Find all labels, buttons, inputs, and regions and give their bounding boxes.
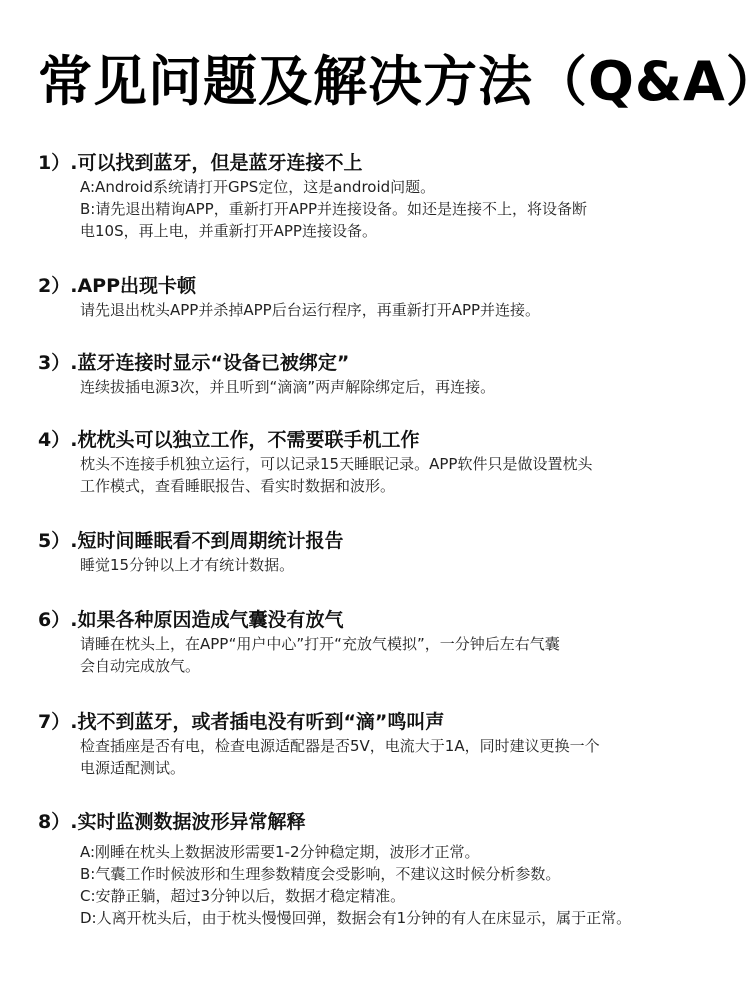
faq-question: 8）.实时监测数据波形异常解释: [38, 809, 738, 835]
faq-question: 3）.蓝牙连接时显示“设备已被绑定”: [38, 350, 738, 376]
faq-item-7: 7）.找不到蓝牙，或者插电没有听到“滴”鸣叫声 检查插座是否有电，检查电源适配器…: [38, 709, 738, 779]
answer-line: 请先退出枕头APP并杀掉APP后台运行程序，再重新打开APP并连接。: [80, 299, 738, 321]
faq-question: 6）.如果各种原因造成气囊没有放气: [38, 607, 738, 633]
faq-answer: 连续拔插电源3次，并且听到“滴滴”两声解除绑定后，再连接。: [80, 376, 738, 398]
answer-line: 枕头不连接手机独立运行，可以记录15天睡眠记录。APP软件只是做设置枕头: [80, 453, 738, 475]
answer-line: C:安静正躺，超过3分钟以后，数据才稳定精准。: [80, 885, 738, 907]
answer-line: 工作模式，查看睡眠报告、看实时数据和波形。: [80, 475, 738, 497]
answer-line: 会自动完成放气。: [80, 655, 738, 677]
faq-answer: A:刚睡在枕头上数据波形需要1-2分钟稳定期，波形才正常。 B:气囊工作时候波形…: [80, 841, 738, 929]
faq-item-5: 5）.短时间睡眠看不到周期统计报告 睡觉15分钟以上才有统计数据。: [38, 528, 738, 576]
faq-answer: 检查插座是否有电，检查电源适配器是否5V，电流大于1A，同时建议更换一个 电源适…: [80, 735, 738, 779]
faq-item-4: 4）.枕枕头可以独立工作，不需要联手机工作 枕头不连接手机独立运行，可以记录15…: [38, 427, 738, 497]
answer-line: 连续拔插电源3次，并且听到“滴滴”两声解除绑定后，再连接。: [80, 376, 738, 398]
answer-line: 请睡在枕头上，在APP“用户中心”打开“充放气模拟”，一分钟后左右气囊: [80, 633, 738, 655]
answer-line: A:刚睡在枕头上数据波形需要1-2分钟稳定期，波形才正常。: [80, 841, 738, 863]
faq-item-8: 8）.实时监测数据波形异常解释 A:刚睡在枕头上数据波形需要1-2分钟稳定期，波…: [38, 809, 738, 929]
faq-answer: 睡觉15分钟以上才有统计数据。: [80, 554, 738, 576]
faq-answer: A:Android系统请打开GPS定位，这是android问题。 B:请先退出精…: [80, 176, 738, 242]
answer-line: A:Android系统请打开GPS定位，这是android问题。: [80, 176, 738, 198]
answer-line: 检查插座是否有电，检查电源适配器是否5V，电流大于1A，同时建议更换一个: [80, 735, 738, 757]
answer-line: B:请先退出精询APP，重新打开APP并连接设备。如还是连接不上，将设备断: [80, 198, 738, 220]
faq-answer: 请先退出枕头APP并杀掉APP后台运行程序，再重新打开APP并连接。: [80, 299, 738, 321]
faq-question: 5）.短时间睡眠看不到周期统计报告: [38, 528, 738, 554]
faq-answer: 请睡在枕头上，在APP“用户中心”打开“充放气模拟”，一分钟后左右气囊 会自动完…: [80, 633, 738, 677]
faq-item-6: 6）.如果各种原因造成气囊没有放气 请睡在枕头上，在APP“用户中心”打开“充放…: [38, 607, 738, 677]
answer-line: 电10S，再上电，并重新打开APP连接设备。: [80, 220, 738, 242]
faq-item-3: 3）.蓝牙连接时显示“设备已被绑定” 连续拔插电源3次，并且听到“滴滴”两声解除…: [38, 350, 738, 398]
faq-question: 7）.找不到蓝牙，或者插电没有听到“滴”鸣叫声: [38, 709, 738, 735]
answer-line: D:人离开枕头后，由于枕头慢慢回弹，数据会有1分钟的有人在床显示，属于正常。: [80, 907, 738, 929]
faq-item-2: 2）.APP出现卡顿 请先退出枕头APP并杀掉APP后台运行程序，再重新打开AP…: [38, 273, 738, 321]
page-title: 常见问题及解决方法（Q&A）: [38, 55, 750, 109]
faq-answer: 枕头不连接手机独立运行，可以记录15天睡眠记录。APP软件只是做设置枕头 工作模…: [80, 453, 738, 497]
faq-question: 4）.枕枕头可以独立工作，不需要联手机工作: [38, 427, 738, 453]
faq-item-1: 1）.可以找到蓝牙，但是蓝牙连接不上 A:Android系统请打开GPS定位，这…: [38, 150, 738, 242]
faq-question: 1）.可以找到蓝牙，但是蓝牙连接不上: [38, 150, 738, 176]
answer-line: 电源适配测试。: [80, 757, 738, 779]
answer-line: B:气囊工作时候波形和生理参数精度会受影响，不建议这时候分析参数。: [80, 863, 738, 885]
answer-line: 睡觉15分钟以上才有统计数据。: [80, 554, 738, 576]
faq-question: 2）.APP出现卡顿: [38, 273, 738, 299]
